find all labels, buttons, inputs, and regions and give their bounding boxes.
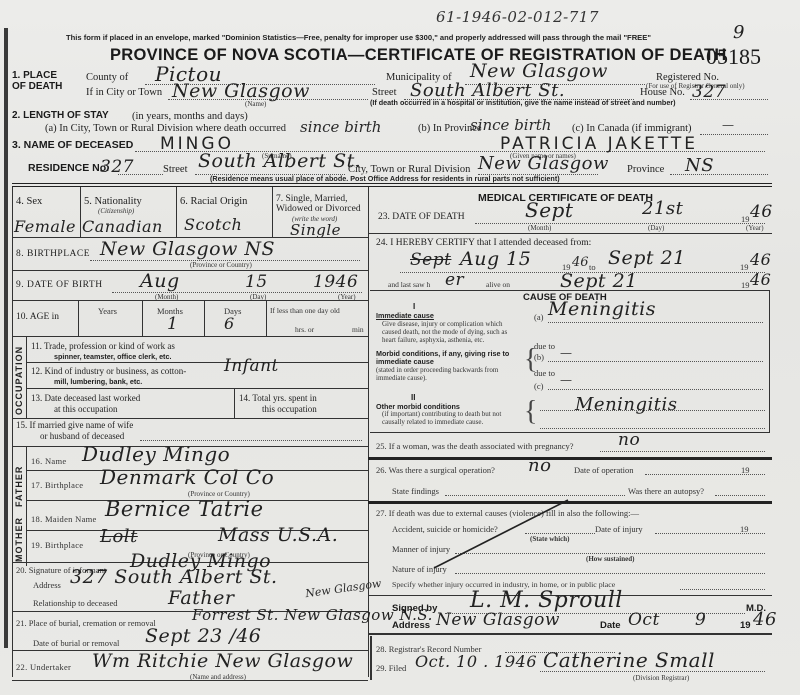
marital-status-label: 7. Single, Married, Widowed or Divorced xyxy=(276,194,368,214)
nationality-label: 5. Nationality xyxy=(84,196,142,207)
spouse-label: 15. If married give name of wife xyxy=(16,420,133,430)
residence-note: (Residence means usual place of abode. P… xyxy=(210,174,560,183)
residence-street-value: South Albert St. xyxy=(198,150,361,172)
burial-place-label: 21. Place of burial, cremation or remova… xyxy=(16,618,156,628)
last-saw-year-prefix: 19 xyxy=(741,280,750,290)
division-registrar-value: Catherine Small xyxy=(543,648,715,672)
filed-label: 29. Filed xyxy=(376,663,406,673)
cause-due-to-2: due to xyxy=(534,368,555,378)
death-day-note: (Day) xyxy=(648,224,664,232)
house-no-label: House No. xyxy=(640,87,685,98)
certify-label: 24. I HEREBY CERTIFY that I attended dec… xyxy=(376,238,591,248)
hospital-note: (If death occurred in a hospital or inst… xyxy=(370,98,676,107)
attended-to-year-prefix: 19 xyxy=(740,262,749,272)
stay-canada-value: — xyxy=(722,118,734,132)
house-no-value: 327 xyxy=(692,82,726,102)
injury-date-prefix: 19 xyxy=(740,524,749,534)
cause-c-value: — xyxy=(560,373,572,387)
cause-b-value: — xyxy=(560,346,572,360)
total-years-label: 14. Total yrs. spent in xyxy=(239,393,317,403)
birthplace-label: 8. BIRTHPLACE xyxy=(16,249,90,259)
relationship-label: Relationship to deceased xyxy=(33,598,118,608)
operation-date-prefix: 19 xyxy=(741,465,750,475)
city-town-label: If in City or Town xyxy=(86,87,162,98)
age-label: 10. AGE in xyxy=(16,312,59,322)
residence-label: RESIDENCE No. xyxy=(28,162,109,174)
dob-month-value: Aug xyxy=(140,270,180,292)
mother-side-label: MOTHER xyxy=(14,507,24,562)
other-brace: { xyxy=(524,398,537,426)
street-label: Street xyxy=(372,87,397,98)
death-month-value: Sept xyxy=(525,198,573,222)
attended-from-year: 46 xyxy=(572,255,589,270)
sex-label: 4. Sex xyxy=(16,196,42,207)
other-morbid-desc: (if important) contributing to death but… xyxy=(382,410,522,426)
undertaker-label: 22. Undertaker xyxy=(16,662,71,672)
surgical-operation-value: no xyxy=(528,455,551,476)
attended-from-struck: Sept xyxy=(410,250,451,270)
age-hrs-label: hrs. or xyxy=(295,325,314,334)
date-of-death-label: 23. DATE OF DEATH xyxy=(378,212,465,222)
informant-address-label: Address xyxy=(33,580,61,590)
age-min-label: min xyxy=(352,325,364,334)
length-of-stay-label: 2. LENGTH OF STAY xyxy=(12,110,109,121)
morbid-desc: (stated in order proceeding backwards fr… xyxy=(376,366,521,382)
last-worked-sub: at this occupation xyxy=(54,404,117,414)
pregnancy-value: no xyxy=(618,430,640,450)
racial-origin-value: Scotch xyxy=(184,215,242,234)
father-birthplace-value: Denmark Col Co xyxy=(100,465,274,489)
age-years-label: Years xyxy=(98,306,117,316)
name-note: (Name) xyxy=(245,100,266,108)
place-of-death-label: 1. PLACE OF DEATH xyxy=(12,70,64,92)
nationality-sub: (Citizenship) xyxy=(98,207,134,215)
signature-address-label: Address xyxy=(392,620,430,631)
name-of-deceased-label: 3. NAME OF DECEASED xyxy=(12,139,133,151)
informant-address-2: New Glasgow xyxy=(304,577,382,601)
cause-c-label: (c) xyxy=(534,381,543,391)
cause-b-label: (b) xyxy=(534,352,544,362)
how-sustained-note: (How sustained) xyxy=(586,555,634,563)
birthplace-note: (Province or Country) xyxy=(190,261,252,269)
attended-to-value: Sept 21 xyxy=(608,247,686,269)
father-birthplace-label: 17. Birthplace xyxy=(31,480,83,490)
father-name-value: Dudley Mingo xyxy=(82,442,230,466)
signature-year-prefix: 19 xyxy=(740,620,751,631)
residence-street-label: Street xyxy=(163,164,188,175)
left-binding-edge xyxy=(4,28,8,648)
stay-city-value: since birth xyxy=(300,118,381,136)
last-saw-label-a: and last saw h xyxy=(388,280,430,289)
death-year-note: (Year) xyxy=(746,224,764,232)
attended-from-value: Aug 15 xyxy=(460,248,531,270)
stay-province-value: since birth xyxy=(470,116,551,134)
age-months-value: 1 xyxy=(167,314,178,334)
surgical-operation-label: 26. Was there a surgical operation? xyxy=(376,465,495,475)
immediate-cause-label: Immediate cause xyxy=(376,311,434,320)
last-saw-value: Sept 21 xyxy=(560,270,638,292)
total-years-sub: this occupation xyxy=(262,404,317,414)
signed-by-label: Signed by xyxy=(392,603,437,614)
undertaker-value: Wm Ritchie New Glasgow xyxy=(92,650,353,672)
strike-through-line xyxy=(430,498,570,573)
father-name-label: 16. Name xyxy=(31,456,66,466)
place-of-death-text: 1. PLACE OF DEATH xyxy=(12,70,64,92)
burial-date-label: Date of burial or removal xyxy=(33,638,119,648)
cause-a-value: Meningitis xyxy=(548,298,656,320)
other-num: II xyxy=(411,393,415,402)
trade-label: 11. Trade, profession or kind of work as xyxy=(31,341,175,351)
morbid-label: Morbid conditions, if any, giving rise t… xyxy=(376,350,521,366)
spouse-sub: or husband of deceased xyxy=(40,431,124,441)
industry-sub: mill, lumbering, bank, etc. xyxy=(54,377,142,386)
stay-city-label: (a) In City, Town or Rural Division wher… xyxy=(45,123,286,134)
last-saw-handwritten: er xyxy=(445,270,464,290)
age-days-value: 6 xyxy=(224,314,235,333)
cause-a-label: (a) xyxy=(534,312,543,322)
occupation-value: Infant xyxy=(224,356,279,376)
division-registrar-note: (Division Registrar) xyxy=(633,674,689,682)
mother-maiden-value: Bernice Tatrie xyxy=(105,497,264,521)
nationality-value: Canadian xyxy=(82,217,163,236)
county-label: County of xyxy=(86,72,128,83)
occupation-side-label: OCCUPATION xyxy=(14,345,24,415)
length-of-stay-sub: (in years, months and days) xyxy=(132,111,248,122)
industry-label: 12. Kind of industry or business, as cot… xyxy=(31,366,186,376)
death-month-note: (Month) xyxy=(528,224,551,232)
last-worked-label: 13. Date deceased last worked xyxy=(31,393,140,403)
filed-date-value: Oct. 10 . 1946 xyxy=(415,652,537,671)
state-findings-label: State findings xyxy=(392,486,439,496)
municipality-value: New Glasgow xyxy=(470,60,608,82)
dob-day-value: 15 xyxy=(245,272,268,292)
residence-city-value: New Glasgow xyxy=(478,153,609,174)
informant-address-value: 327 South Albert St. xyxy=(70,566,278,588)
death-day-value: 21st xyxy=(642,198,683,219)
certificate-number-annotation: 9 xyxy=(733,22,745,43)
immediate-num: I xyxy=(413,302,415,311)
burial-date-value: Sept 23 /46 xyxy=(145,625,261,647)
last-saw-label-b: alive on xyxy=(486,280,510,289)
last-saw-year: 46 xyxy=(750,270,771,289)
signature-date-month: Oct xyxy=(628,610,660,630)
stay-canada-label: (c) In Canada (if immigrant) xyxy=(572,123,692,134)
residence-no-value: 327 xyxy=(100,157,134,177)
postal-notice: This form if placed in an envelope, mark… xyxy=(66,33,651,42)
dob-year-value: 1946 xyxy=(313,272,358,292)
signature-date-label: Date xyxy=(600,620,621,631)
residence-province-value: NS xyxy=(685,155,714,176)
operation-date-label: Date of operation xyxy=(574,465,633,475)
archive-reference: 61-1946-02-012-717 xyxy=(436,8,599,26)
father-side-label: FATHER xyxy=(14,452,24,507)
attended-to-year: 46 xyxy=(750,250,771,269)
given-name-value: PATRICIA JAKETTE xyxy=(500,134,698,154)
trade-sub: spinner, teamster, office clerk, etc. xyxy=(54,352,171,361)
sex-value: Female xyxy=(14,217,76,236)
signature-year: 46 xyxy=(753,609,777,630)
immediate-cause-desc: Give disease, injury or complication whi… xyxy=(382,320,522,344)
death-certificate: 61-1946-02-012-717 This form if placed i… xyxy=(0,0,800,695)
city-town-value: New Glasgow xyxy=(172,80,310,102)
birthplace-value: New Glasgow NS xyxy=(100,238,275,260)
death-year-prefix: 19 xyxy=(741,214,750,224)
autopsy-label: Was there an autopsy? xyxy=(628,486,704,496)
residence-province-label: Province xyxy=(627,164,664,175)
signature-date-day: 9 xyxy=(695,610,706,630)
mother-birthplace-struck: Lolt xyxy=(100,526,138,547)
mother-maiden-label: 18. Maiden Name xyxy=(31,514,97,524)
death-year-value: 46 xyxy=(750,202,773,222)
other-morbid-value: Meningitis xyxy=(575,394,678,415)
pregnancy-label: 25. If a woman, was the death associated… xyxy=(376,441,574,451)
date-of-birth-label: 9. DATE OF BIRTH xyxy=(16,280,103,290)
signature-address-value: New Glasgow xyxy=(436,610,560,630)
racial-origin-label: 6. Racial Origin xyxy=(180,196,247,207)
mother-birthplace-label: 19. Birthplace xyxy=(31,540,83,550)
injury-date-label: Date of injury xyxy=(595,524,643,534)
age-less-label: If less than one day old xyxy=(270,306,340,315)
certificate-number: 05185 xyxy=(706,44,761,70)
mother-birthplace-value: Mass U.S.A. xyxy=(218,524,338,546)
